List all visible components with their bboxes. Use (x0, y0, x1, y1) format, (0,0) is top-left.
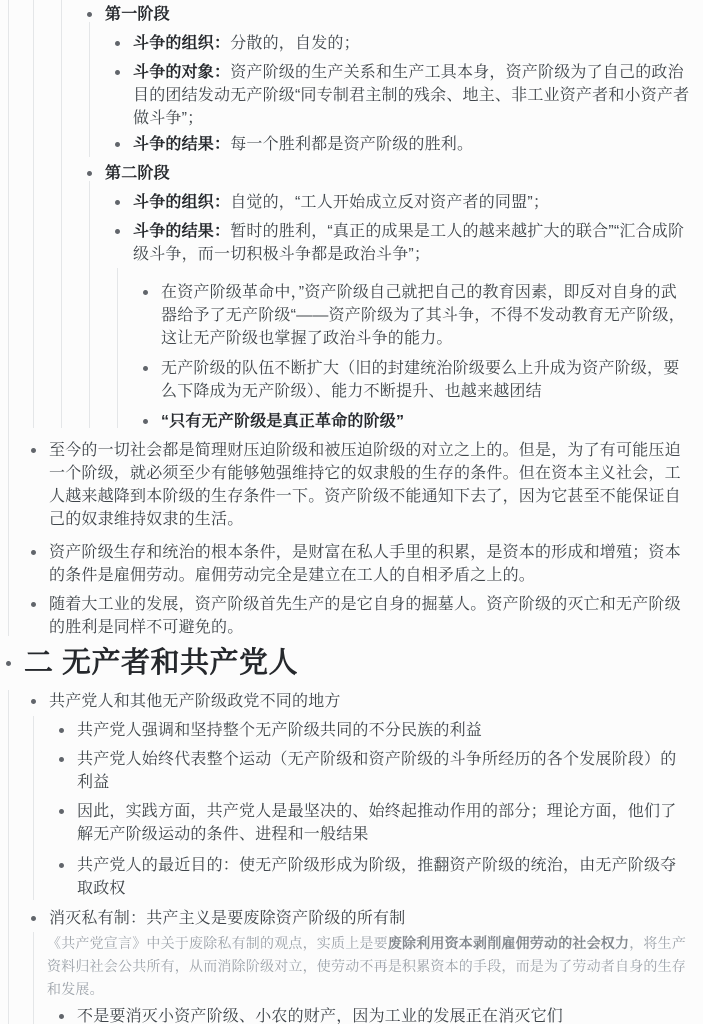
item-text: 第一阶段 (105, 6, 170, 23)
outline-item[interactable]: 不是要消灭小资产阶级、小农的财产，因为工业的发展正在消灭它们 (77, 1005, 692, 1024)
item-text: 斗争的对象： (133, 64, 230, 81)
note-block[interactable]: 《共产党宣言》中关于废除私有制的观点，实质上是要废除利用资本剥削雇佣劳动的社会权… (47, 932, 690, 1001)
outline-item[interactable]: 共产党人的最近目的：使无产阶级形成为阶级，推翻资产阶级的统治，由无产阶级夺取政权 (77, 854, 692, 900)
bullet-icon[interactable] (87, 171, 92, 176)
bullet-icon[interactable] (59, 757, 64, 762)
item-text: 共产党人强调和坚持整个无产阶级共同的不分民族的利益 (77, 722, 482, 739)
item-text: 消灭私有制：共产主义是要废除资产阶级的所有制 (49, 910, 405, 927)
item-text: 二 无产者和共产党人 (24, 647, 298, 679)
indent-guide-line (89, 22, 90, 157)
outline-item[interactable]: 斗争的结果：暂时的胜利，“真正的成果是工人的越来越扩大的联合”“汇合成阶级斗争，… (133, 220, 692, 266)
item-text: 自觉的，“工人开始成立反对资产者的同盟”； (230, 194, 549, 211)
item-text: 在资产阶级革命中，”资产阶级自己就把自己的教育因素，即反对自身的武器给予了无产阶… (161, 284, 685, 347)
bullet-icon[interactable] (31, 550, 36, 555)
outline-item[interactable]: 在资产阶级革命中，”资产阶级自己就把自己的教育因素，即反对自身的武器给予了无产阶… (161, 281, 692, 350)
outline-item[interactable]: 因此，实践方面，共产党人是最坚决的、始终起推动作用的部分；理论方面，他们了解无产… (77, 800, 692, 846)
indent-guide-line (117, 268, 118, 428)
bullet-icon[interactable] (59, 1014, 64, 1019)
indent-guide-line (8, 690, 9, 1024)
outline-item[interactable]: 共产党人强调和坚持整个无产阶级共同的不分民族的利益 (77, 719, 692, 742)
indent-guide-line (33, 716, 34, 900)
bullet-icon[interactable] (31, 602, 36, 607)
item-text: 共产党人始终代表整个运动（无产阶级和资产阶级的斗争所经历的各个发展阶段）的利益 (77, 751, 676, 791)
outline-item[interactable]: 第二阶段 (105, 162, 692, 185)
bullet-icon[interactable] (87, 12, 92, 17)
heading-bullet-icon[interactable] (6, 661, 11, 666)
outline-item[interactable]: 资产阶级生存和统治的根本条件，是财富在私人手里的积累，是资本的形成和增殖；资本的… (49, 541, 692, 587)
indent-guide-line (61, 0, 62, 428)
indent-guide-line (89, 181, 90, 428)
bullet-icon[interactable] (143, 366, 148, 371)
outline-document: 第一阶段斗争的组织：分散的，自发的；斗争的对象：资产阶级的生产关系和生产工具本身… (0, 0, 703, 1024)
indent-guide-line (33, 932, 34, 1024)
bullet-icon[interactable] (31, 448, 36, 453)
bullet-icon[interactable] (31, 699, 36, 704)
item-text: 资产阶级生存和统治的根本条件，是财富在私人手里的积累，是资本的形成和增殖；资本的… (49, 544, 681, 584)
outline-item[interactable]: 第一阶段 (105, 3, 692, 26)
item-text: 斗争的结果： (133, 223, 230, 240)
outline-item[interactable]: 共产党人始终代表整个运动（无产阶级和资产阶级的斗争所经历的各个发展阶段）的利益 (77, 748, 692, 794)
outline-item[interactable]: 斗争的结果：每一个胜利都是资产阶级的胜利。 (133, 133, 692, 156)
bullet-icon[interactable] (143, 290, 148, 295)
item-text: 无产阶级的队伍不断扩大（旧的封建统治阶级要么上升成为资产阶级，要么下降成为无产阶… (161, 360, 679, 400)
bullet-icon[interactable] (59, 863, 64, 868)
item-text: 至今的一切社会都是简理财压迫阶级和被压迫阶级的对立之上的。但是，为了有可能压迫一… (49, 442, 681, 528)
outline-item[interactable]: 斗争的组织：自觉的，“工人开始成立反对资产者的同盟”； (133, 191, 692, 214)
bullet-icon[interactable] (59, 728, 64, 733)
outline-item[interactable]: 随着大工业的发展，资产阶级首先生产的是它自身的掘墓人。资产阶级的灭亡和无产阶级的… (49, 593, 692, 639)
item-text: 斗争的组织： (133, 35, 230, 52)
outline-item[interactable]: “只有无产阶级是真正革命的阶级” (161, 410, 692, 433)
indent-guide-line (33, 0, 34, 428)
item-text: 随着大工业的发展，资产阶级首先生产的是它自身的掘墓人。资产阶级的灭亡和无产阶级的… (49, 596, 681, 636)
item-text: 分散的，自发的； (230, 35, 360, 52)
bullet-icon[interactable] (115, 70, 120, 75)
outline-item[interactable]: 至今的一切社会都是简理财压迫阶级和被压迫阶级的对立之上的。但是，为了有可能压迫一… (49, 439, 692, 531)
item-text: 斗争的组织： (133, 194, 230, 211)
item-text: 废除利用资本剥削雇佣劳动的社会权力 (388, 935, 629, 951)
outline-item[interactable]: 无产阶级的队伍不断扩大（旧的封建统治阶级要么上升成为资产阶级，要么下降成为无产阶… (161, 357, 692, 403)
outline-item[interactable]: 共产党人和其他无产阶级政党不同的地方 (49, 690, 692, 713)
item-text: “只有无产阶级是真正革命的阶级” (161, 413, 404, 430)
outline-item[interactable]: 斗争的组织：分散的，自发的； (133, 32, 692, 55)
section-heading[interactable]: 二 无产者和共产党人 (24, 643, 692, 683)
item-text: 斗争的结果： (133, 136, 230, 153)
bullet-icon[interactable] (143, 419, 148, 424)
bullet-icon[interactable] (115, 200, 120, 205)
indent-guide-line (8, 0, 9, 636)
outline-item[interactable]: 消灭私有制：共产主义是要废除资产阶级的所有制 (49, 907, 692, 930)
bullet-icon[interactable] (115, 41, 120, 46)
item-text: 每一个胜利都是资产阶级的胜利。 (230, 136, 473, 153)
item-text: 《共产党宣言》中关于废除私有制的观点，实质上是要 (47, 935, 388, 951)
bullet-icon[interactable] (59, 809, 64, 814)
bullet-icon[interactable] (115, 142, 120, 147)
item-text: 共产党人的最近目的：使无产阶级形成为阶级，推翻资产阶级的统治，由无产阶级夺取政权 (77, 857, 676, 897)
bullet-icon[interactable] (31, 916, 36, 921)
item-text: 不是要消灭小资产阶级、小农的财产，因为工业的发展正在消灭它们 (77, 1008, 563, 1024)
bullet-icon[interactable] (115, 229, 120, 234)
item-text: 共产党人和其他无产阶级政党不同的地方 (49, 693, 341, 710)
item-text: 因此，实践方面，共产党人是最坚决的、始终起推动作用的部分；理论方面，他们了解无产… (77, 803, 676, 843)
outline-item[interactable]: 斗争的对象：资产阶级的生产关系和生产工具本身，资产阶级为了自己的政治目的团结发动… (133, 61, 692, 130)
item-text: 第二阶段 (105, 165, 170, 182)
